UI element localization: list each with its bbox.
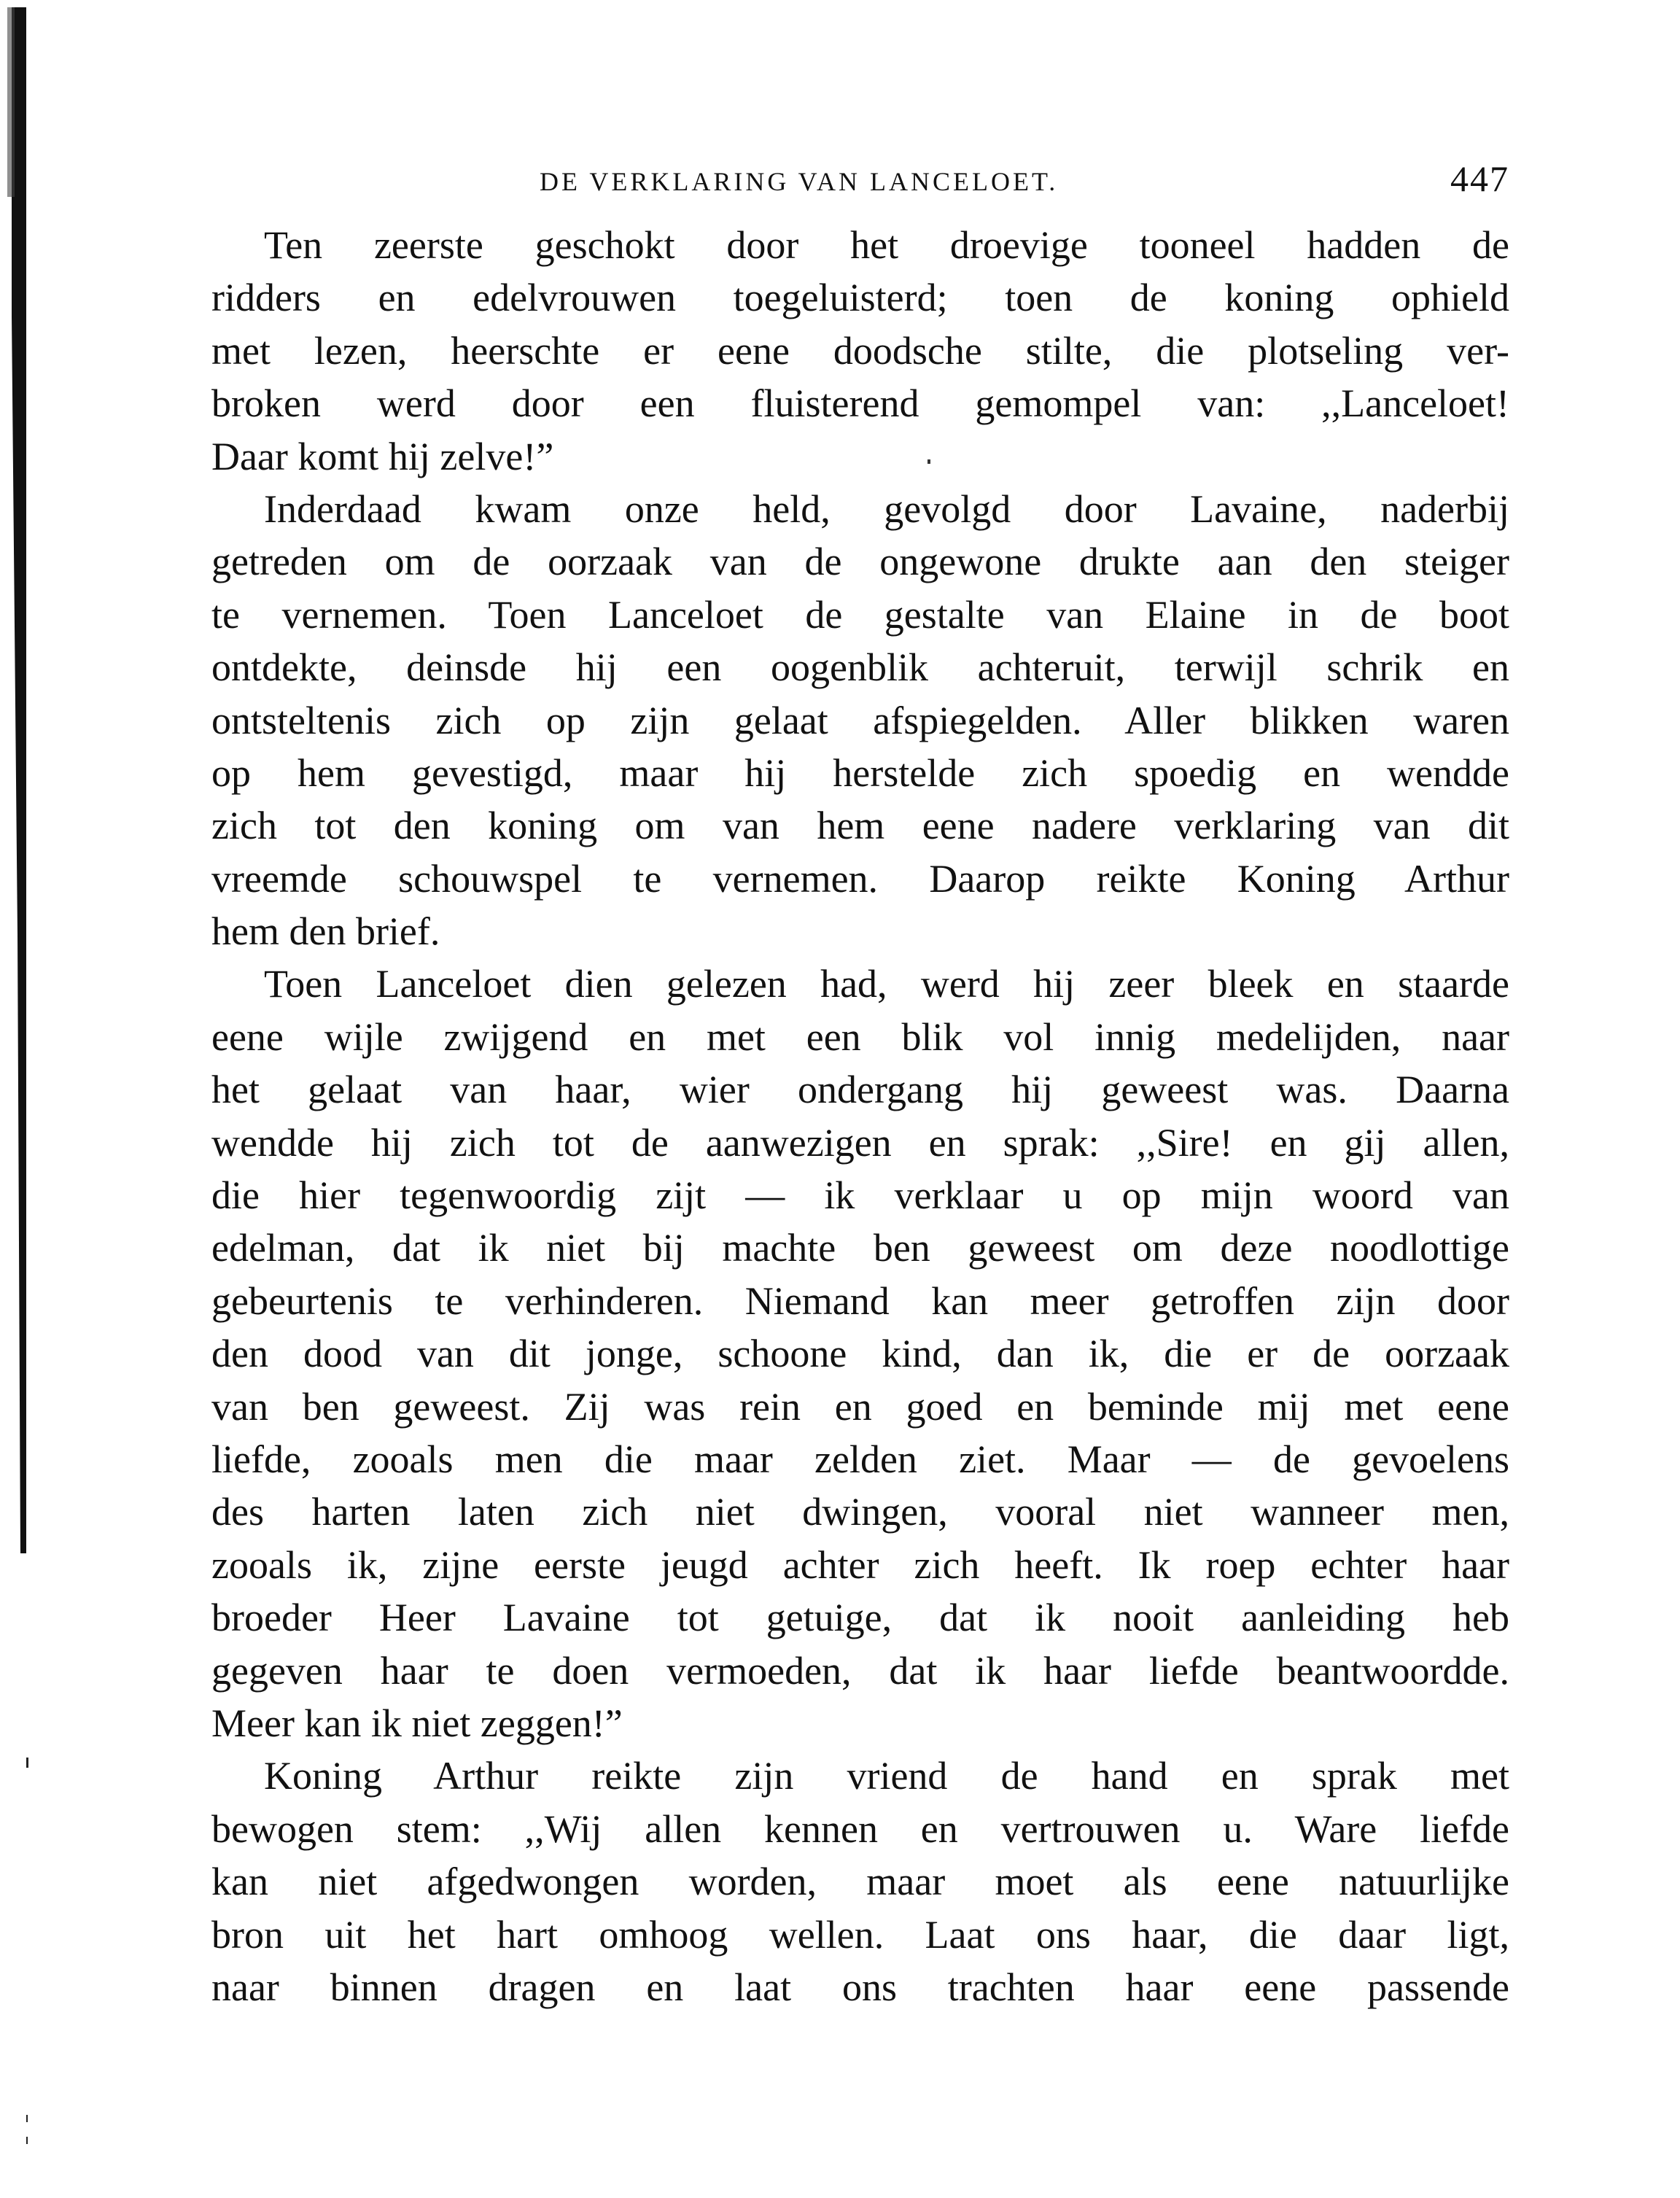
text-line: des harten laten zich niet dwingen, voor…: [211, 1486, 1509, 1538]
text-line: den dood van dit jonge, schoone kind, da…: [211, 1327, 1509, 1380]
text-line: het gelaat van haar, wier ondergang hij …: [211, 1063, 1509, 1116]
text-line: ontsteltenis zich op zijn gelaat afspieg…: [211, 694, 1509, 747]
text-line: gegeven haar te doen vermoeden, dat ik h…: [211, 1644, 1509, 1697]
text-line: van ben geweest. Zij was rein en goed en…: [211, 1380, 1509, 1433]
text-line: vreemde schouwspel te vernemen. Daarop r…: [211, 853, 1509, 905]
scan-edge-shadow-faint: [7, 7, 15, 197]
text-line: zooals ik, zijne eerste jeugd achter zic…: [211, 1539, 1509, 1591]
text-line: Ten zeerste geschokt door het droevige t…: [211, 219, 1509, 271]
book-page: DE VERKLARING VAN LANCELOET. 447 Ten zee…: [0, 0, 1680, 2198]
scan-edge-shadow: [12, 7, 26, 1553]
text-line: broken werd door een fluisterend gemompe…: [211, 377, 1509, 430]
text-line: die hier tegenwoordig zijt — ik verklaar…: [211, 1169, 1509, 1222]
running-title: DE VERKLARING VAN LANCELOET.: [540, 166, 1058, 197]
body-text: Ten zeerste geschokt door het droevige t…: [211, 219, 1509, 2013]
text-line: met lezen, heerschte er eene doodsche st…: [211, 325, 1509, 377]
text-line: op hem gevestigd, maar hij herstelde zic…: [211, 747, 1509, 799]
scan-speck: [26, 2137, 28, 2144]
text-line: kan niet afgedwongen worden, maar moet a…: [211, 1855, 1509, 1908]
running-header: DE VERKLARING VAN LANCELOET. 447: [211, 162, 1509, 206]
text-line: ridders en edelvrouwen toegeluisterd; to…: [211, 271, 1509, 324]
text-line: bron uit het hart omhoog wellen. Laat on…: [211, 1908, 1509, 1961]
text-line: wendde hij zich tot de aanwezigen en spr…: [211, 1117, 1509, 1169]
text-line: bewogen stem: ,,Wij allen kennen en vert…: [211, 1803, 1509, 1855]
paragraph: Ten zeerste geschokt door het droevige t…: [211, 219, 1509, 483]
text-line: zich tot den koning om van hem eene nade…: [211, 799, 1509, 852]
scan-speck: [26, 1758, 28, 1768]
scan-speck: [26, 2115, 28, 2122]
paragraph: Toen Lanceloet dien gelezen had, werd hi…: [211, 958, 1509, 1750]
text-line: Daar komt hij zelve!”: [211, 430, 1509, 483]
text-line: edelman, dat ik niet bij machte ben gewe…: [211, 1222, 1509, 1274]
text-line: Toen Lanceloet dien gelezen had, werd hi…: [211, 958, 1509, 1010]
text-line: eene wijle zwijgend en met een blik vol …: [211, 1011, 1509, 1063]
page-number: 447: [1450, 158, 1509, 200]
text-line: hem den brief.: [211, 905, 1509, 958]
paragraph: Inderdaad kwam onze held, gevolgd door L…: [211, 483, 1509, 958]
text-line: Meer kan ik niet zeggen!”: [211, 1697, 1509, 1750]
text-line: Inderdaad kwam onze held, gevolgd door L…: [211, 483, 1509, 535]
text-line: getreden om de oorzaak van de ongewone d…: [211, 535, 1509, 588]
text-line: liefde, zooals men die maar zelden ziet.…: [211, 1433, 1509, 1486]
paragraph: Koning Arthur reikte zijn vriend de hand…: [211, 1750, 1509, 2013]
text-line: gebeurtenis te verhinderen. Niemand kan …: [211, 1275, 1509, 1327]
text-line: naar binnen dragen en laat ons trachten …: [211, 1961, 1509, 2013]
text-line: te vernemen. Toen Lanceloet de gestalte …: [211, 589, 1509, 641]
text-line: broeder Heer Lavaine tot getuige, dat ik…: [211, 1591, 1509, 1644]
text-line: ontdekte, deinsde hij een oogenblik acht…: [211, 641, 1509, 694]
text-line: Koning Arthur reikte zijn vriend de hand…: [211, 1750, 1509, 1802]
